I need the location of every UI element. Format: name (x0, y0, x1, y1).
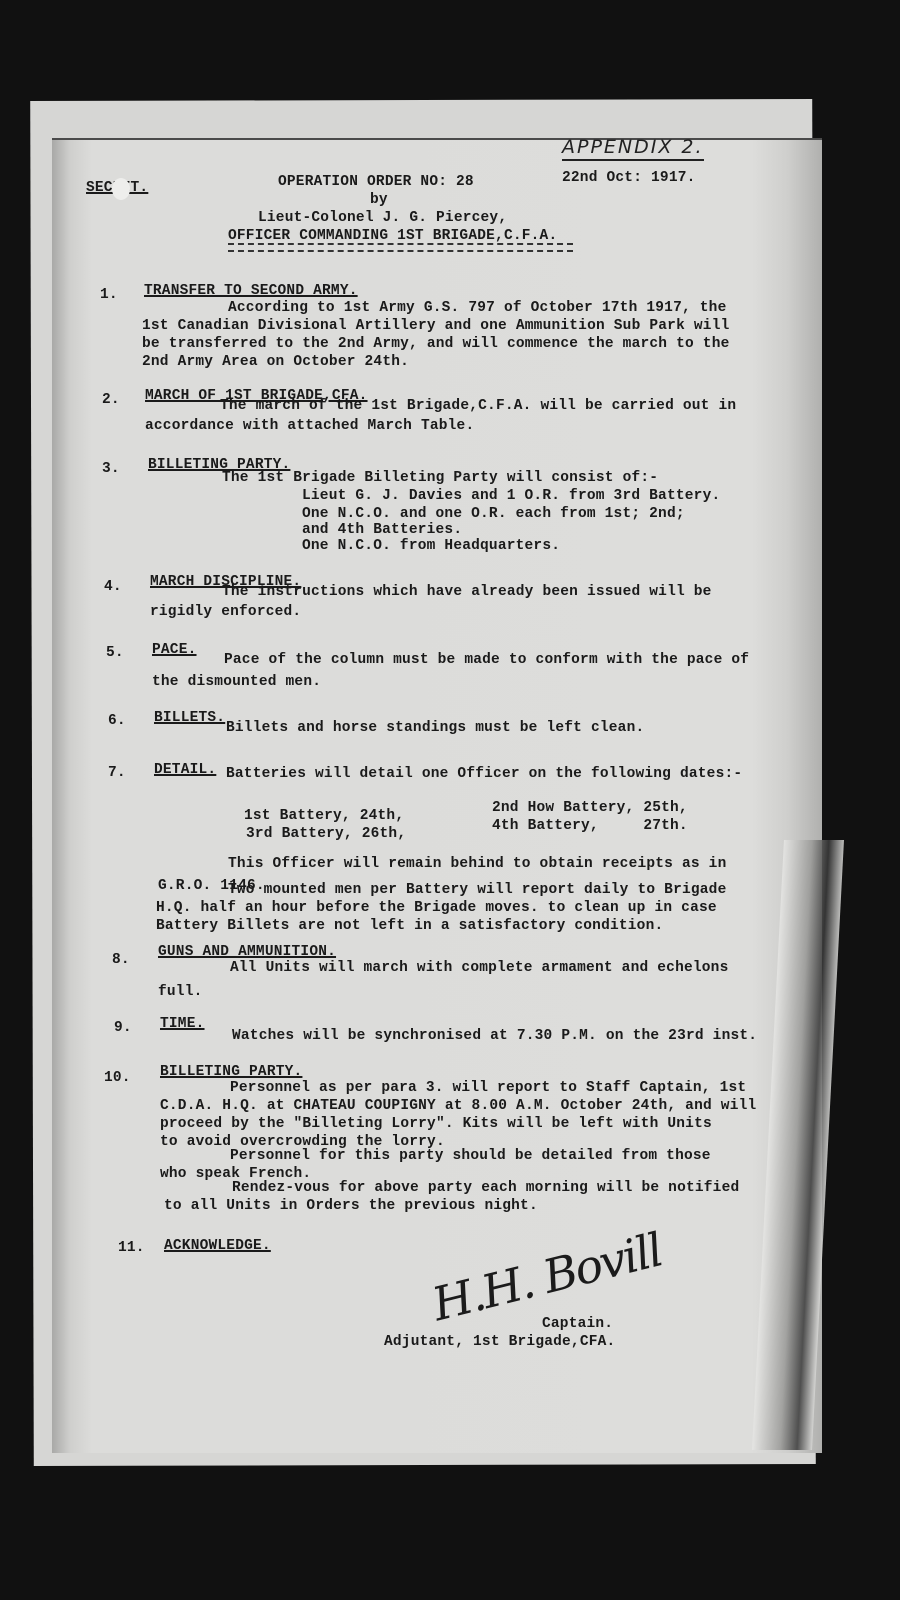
para-line: and 4th Batteries. (302, 522, 462, 538)
para-line: C.D.A. H.Q. at CHATEAU COUPIGNY at 8.00 … (160, 1098, 756, 1114)
appendix-annotation: APPENDIX 2. (562, 136, 704, 161)
para-heading: GUNS AND AMMUNITION. (158, 944, 336, 960)
para-line: Lieut G. J. Davies and 1 O.R. from 3rd B… (302, 488, 720, 504)
para-line: full. (158, 984, 203, 1000)
para-number: 8. (112, 952, 130, 968)
para-number: 2. (102, 392, 120, 408)
para-line: Pace of the column must be made to confo… (224, 652, 749, 668)
document-title: OPERATION ORDER NO: 28 (278, 174, 474, 190)
by-line: by (370, 192, 388, 208)
para-heading: BILLETING PARTY. (160, 1064, 302, 1080)
para-line: According to 1st Army G.S. 797 of Octobe… (228, 300, 726, 316)
para-heading: BILLETS. (154, 710, 225, 726)
para-line: 2nd Army Area on October 24th. (142, 354, 409, 370)
para-line: Two mounted men per Battery will report … (228, 882, 726, 898)
para-number: 5. (106, 645, 124, 661)
para-heading: PACE. (152, 642, 197, 658)
para-line: The instructions which have already been… (222, 584, 712, 600)
para-line: to all Units in Orders the previous nigh… (164, 1198, 538, 1214)
para-heading: ACKNOWLEDGE. (164, 1238, 271, 1254)
para-heading: TIME. (160, 1016, 205, 1032)
schedule-cell: 2nd How Battery, 25th, (492, 800, 688, 816)
para-number: 9. (114, 1020, 132, 1036)
para-number: 3. (102, 461, 120, 477)
para-heading: DETAIL. (154, 762, 216, 778)
para-number: 10. (104, 1070, 131, 1086)
punch-hole (112, 178, 130, 200)
para-line: Personnel for this party should be detai… (230, 1148, 711, 1164)
para-number: 6. (108, 713, 126, 729)
schedule-cell: 4th Battery, 27th. (492, 818, 688, 834)
para-line: The 1st Brigade Billeting Party will con… (222, 470, 658, 486)
para-number: 7. (108, 765, 126, 781)
para-line: proceed by the "Billeting Lorry". Kits w… (160, 1116, 712, 1132)
author-role: OFFICER COMMANDING 1ST BRIGADE,C.F.A. (228, 228, 557, 244)
para-line: 1st Canadian Divisional Artillery and on… (142, 318, 730, 334)
para-line: One N.C.O. and one O.R. each from 1st; 2… (302, 506, 685, 522)
para-line: All Units will march with complete armam… (230, 960, 728, 976)
para-line: This Officer will remain behind to obtai… (228, 856, 726, 872)
para-number: 4. (104, 579, 122, 595)
para-line: The march of the 1st Brigade,C.F.A. will… (220, 398, 736, 414)
para-line: H.Q. half an hour before the Brigade mov… (156, 900, 717, 916)
para-line: One N.C.O. from Headquarters. (302, 538, 560, 554)
para-line: the dismounted men. (152, 674, 321, 690)
para-line: Batteries will detail one Officer on the… (226, 766, 742, 782)
para-line: Rendez-vous for above party each morning… (232, 1180, 739, 1196)
schedule-cell: 3rd Battery, 26th, (246, 826, 406, 842)
para-line: rigidly enforced. (150, 604, 301, 620)
para-heading: TRANSFER TO SECOND ARMY. (144, 283, 358, 299)
document-date: 22nd Oct: 1917. (562, 170, 696, 186)
signatory-rank: Captain. (542, 1316, 613, 1332)
para-line: Watches will be synchronised at 7.30 P.M… (232, 1028, 757, 1044)
para-line: Personnel as per para 3. will report to … (230, 1080, 746, 1096)
author-name: Lieut-Colonel J. G. Piercey, (258, 210, 507, 226)
para-number: 1. (100, 287, 118, 303)
document-content: APPENDIX 2. SECRET. OPERATION ORDER NO: … (0, 0, 900, 1600)
para-number: 11. (118, 1240, 145, 1256)
signatory-role: Adjutant, 1st Brigade,CFA. (384, 1334, 615, 1350)
schedule-cell: 1st Battery, 24th, (244, 808, 404, 824)
para-line: be transferred to the 2nd Army, and will… (142, 336, 730, 352)
title-rule (228, 243, 573, 252)
para-line: accordance with attached March Table. (145, 418, 474, 434)
para-line: Billets and horse standings must be left… (226, 720, 644, 736)
para-line: Battery Billets are not left in a satisf… (156, 918, 663, 934)
